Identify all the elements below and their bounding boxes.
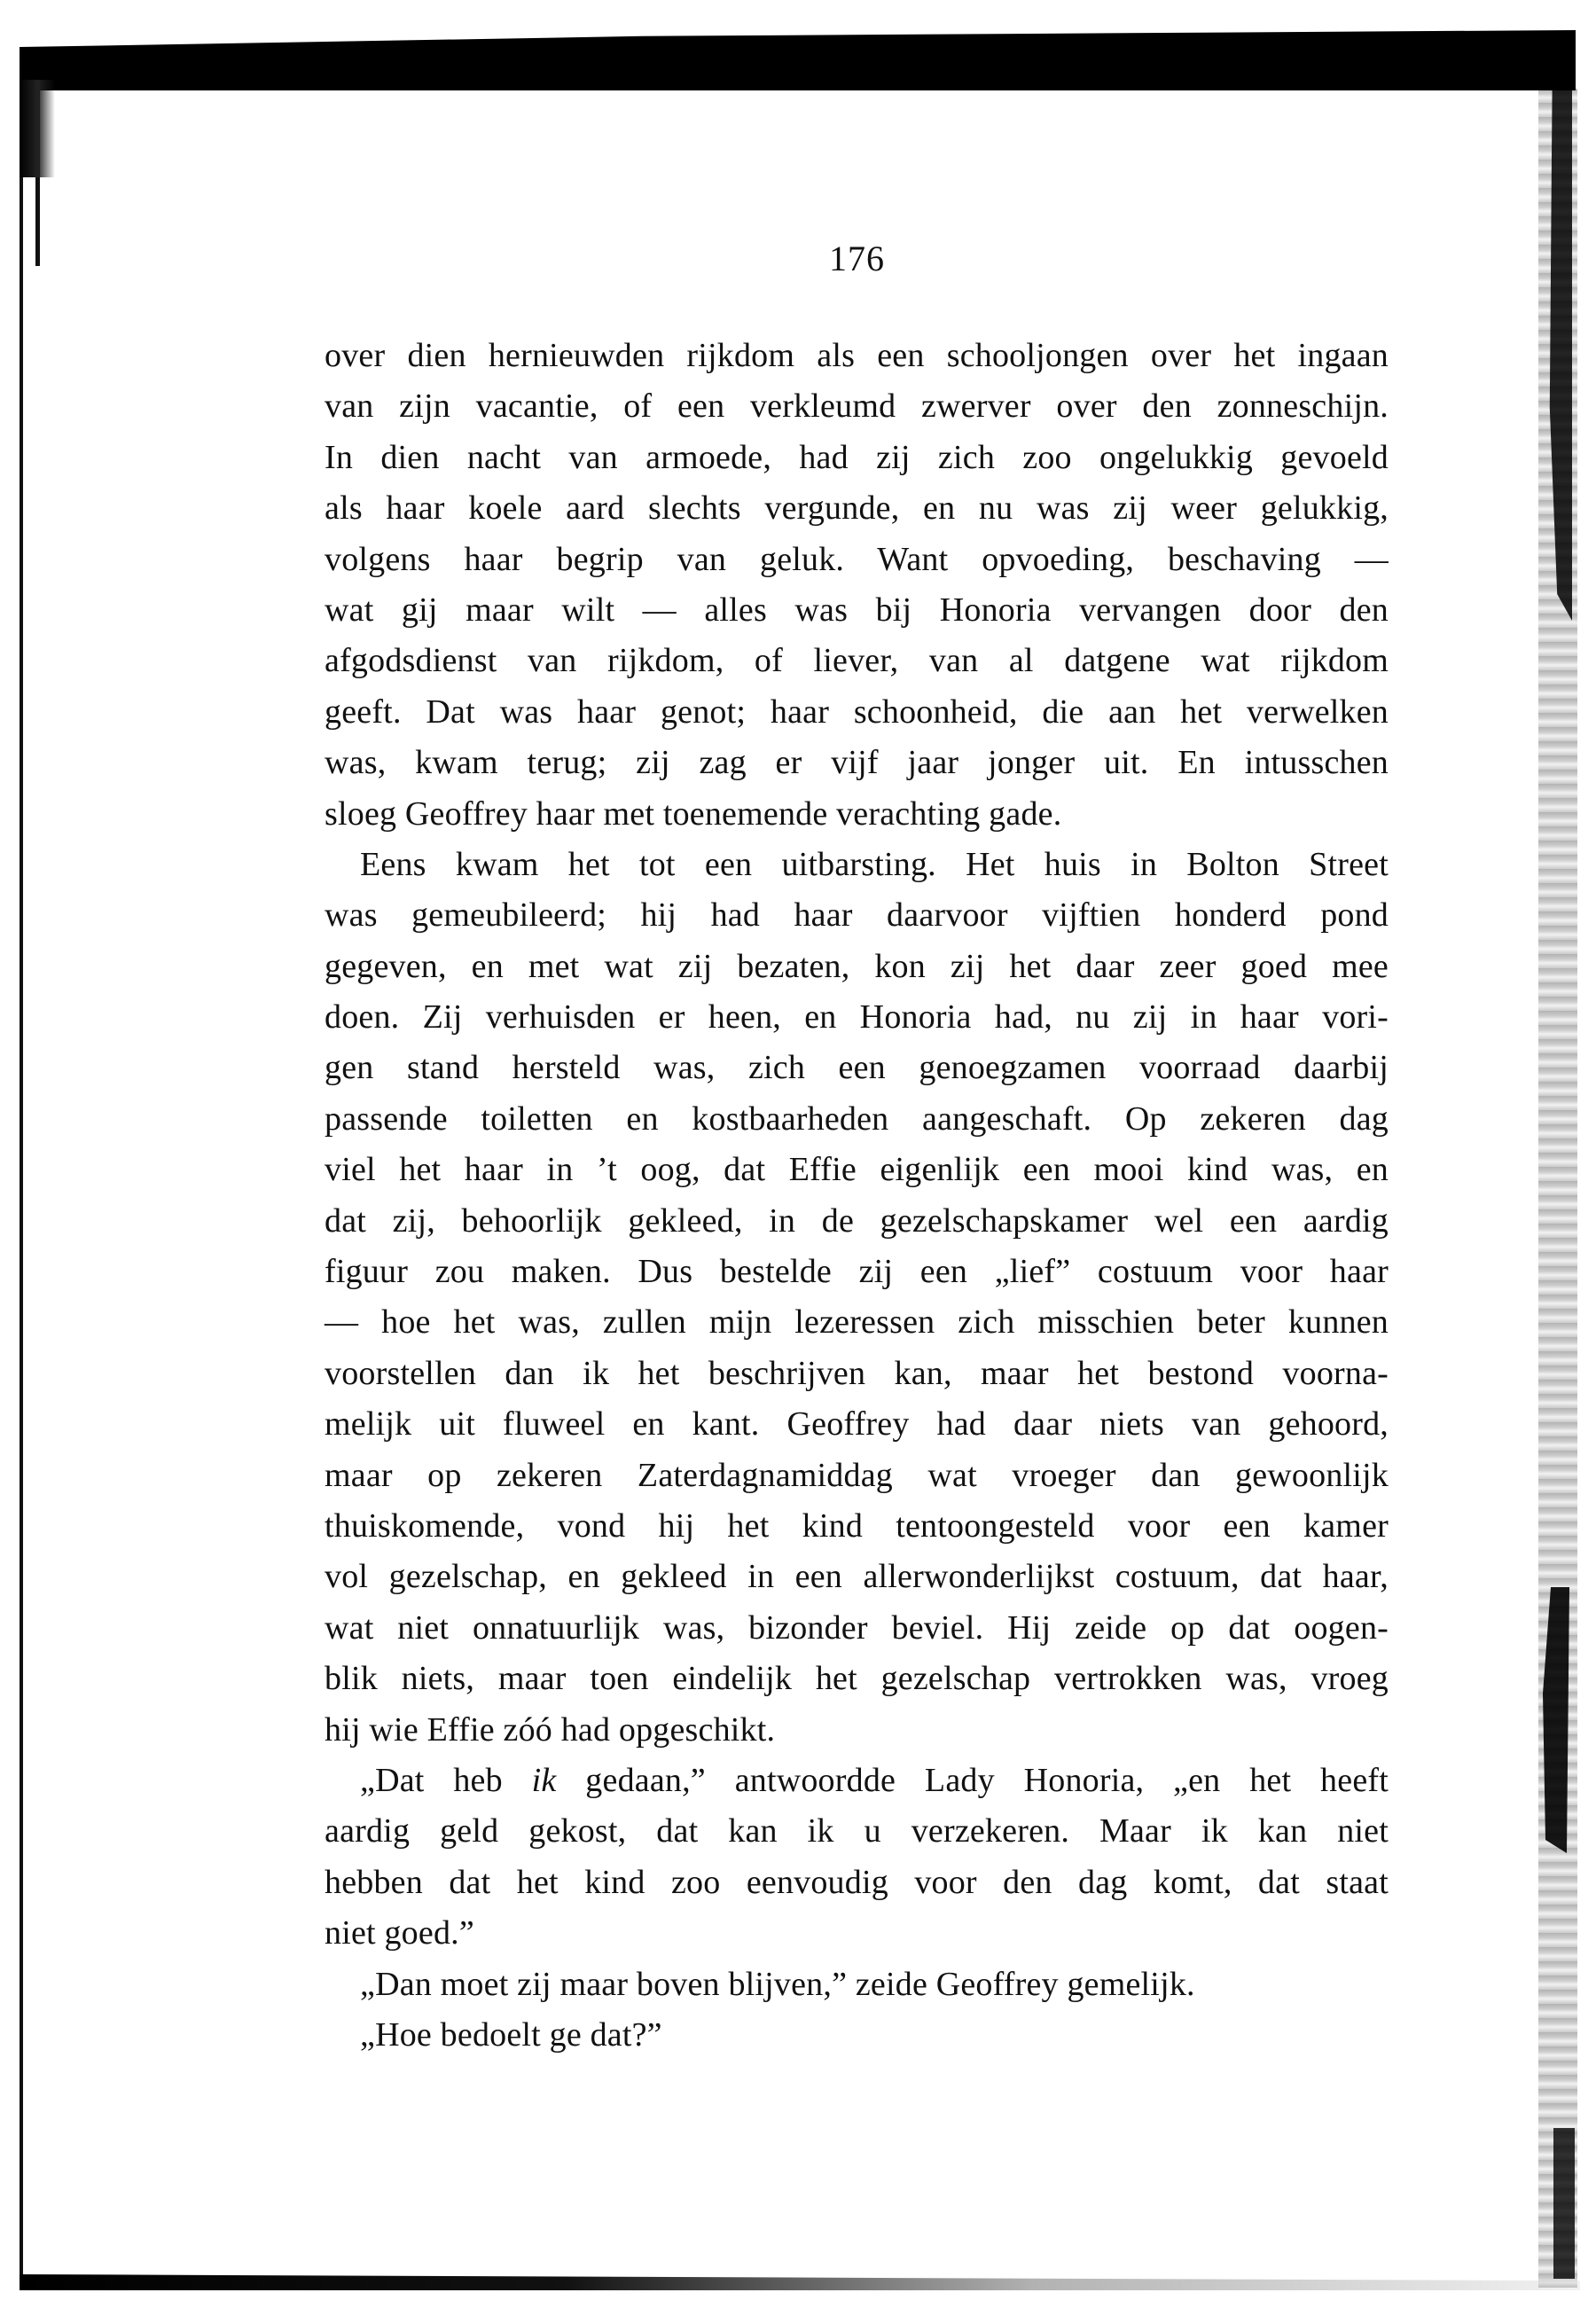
scan-border-bottom — [20, 2274, 1580, 2290]
paragraph-end-line: niet goed.” — [325, 1908, 1389, 1959]
paragraph-end-line: sloeg Geoffrey haar met toenemende verac… — [325, 789, 1389, 840]
scan-right-shadow-bottom — [1553, 2128, 1575, 2279]
scan-border-top — [20, 30, 1576, 90]
text-line: hebben dat het kind zoo eenvoudig voor d… — [325, 1858, 1389, 1908]
text-line: wat gij maar wilt — alles was bij Honori… — [325, 585, 1389, 636]
text-line: doen. Zij verhuisden er heen, en Honoria… — [325, 992, 1389, 1043]
paragraph-end-line: hij wie Effie zóó had opgeschikt. — [325, 1705, 1389, 1756]
body-text: over dien hernieuwden rijkdom als een sc… — [325, 331, 1389, 2061]
text-line: van zijn vacantie, of een verkleumd zwer… — [325, 381, 1389, 432]
italic-emphasis: ik — [532, 1762, 557, 1799]
text-line: melijk uit fluweel en kant. Geoffrey had… — [325, 1399, 1389, 1450]
text-line: wat niet onnatuurlijk was, bizonder bevi… — [325, 1603, 1389, 1654]
text-line: geeft. Dat was haar genot; haar schoonhe… — [325, 687, 1389, 738]
text-line: afgodsdienst van rijkdom, of liever, van… — [325, 636, 1389, 686]
text-line: vol gezelschap, en gekleed in een allerw… — [325, 1552, 1389, 1602]
text-segment: „Dat heb — [360, 1762, 532, 1799]
text-line: als haar koele aard slechts vergunde, en… — [325, 483, 1389, 534]
paragraph-line: „Dan moet zij maar boven blijven,” zeide… — [325, 1960, 1389, 2010]
text-line: thuiskomende, vond hij het kind tentoong… — [325, 1501, 1389, 1552]
paragraph-start-line: „Dat heb ik gedaan,” antwoordde Lady Hon… — [325, 1756, 1389, 1806]
text-line: gen stand hersteld was, zich een genoegz… — [325, 1043, 1389, 1093]
page-number: 176 — [0, 238, 1596, 279]
text-line: In dien nacht van armoede, had zij zich … — [325, 433, 1389, 483]
text-line: volgens haar begrip van geluk. Want opvo… — [325, 535, 1389, 585]
paragraph-start-line: Eens kwam het tot een uitbarsting. Het h… — [325, 840, 1389, 890]
text-line: dat zij, behoorlijk gekleed, in de gezel… — [325, 1196, 1389, 1247]
text-line: voorstellen dan ik het beschrijven kan, … — [325, 1349, 1389, 1399]
text-line: was gemeubileerd; hij had haar daarvoor … — [325, 890, 1389, 941]
scan-border-left — [20, 80, 23, 2279]
text-line: passende toiletten en kostbaarheden aang… — [325, 1094, 1389, 1145]
text-line: maar op zekeren Zaterdagnamiddag wat vro… — [325, 1451, 1389, 1501]
text-line: aardig geld gekost, dat kan ik u verzeke… — [325, 1806, 1389, 1857]
text-line: — hoe het was, zullen mijn lezeressen zi… — [325, 1297, 1389, 1348]
text-line: figuur zou maken. Dus bestelde zij een „… — [325, 1247, 1389, 1297]
text-line: blik niets, maar toen eindelijk het geze… — [325, 1654, 1389, 1704]
text-line: over dien hernieuwden rijkdom als een sc… — [325, 331, 1389, 381]
text-segment: gedaan,” antwoordde Lady Honoria, „en he… — [556, 1762, 1389, 1799]
text-line: viel het haar in ’t oog, dat Effie eigen… — [325, 1145, 1389, 1195]
text-line: gegeven, en met wat zij bezaten, kon zij… — [325, 942, 1389, 992]
scan-corner-smudge — [20, 80, 55, 177]
paragraph-line: „Hoe bedoelt ge dat?” — [325, 2010, 1389, 2061]
text-line: was, kwam terug; zij zag er vijf jaar jo… — [325, 738, 1389, 788]
